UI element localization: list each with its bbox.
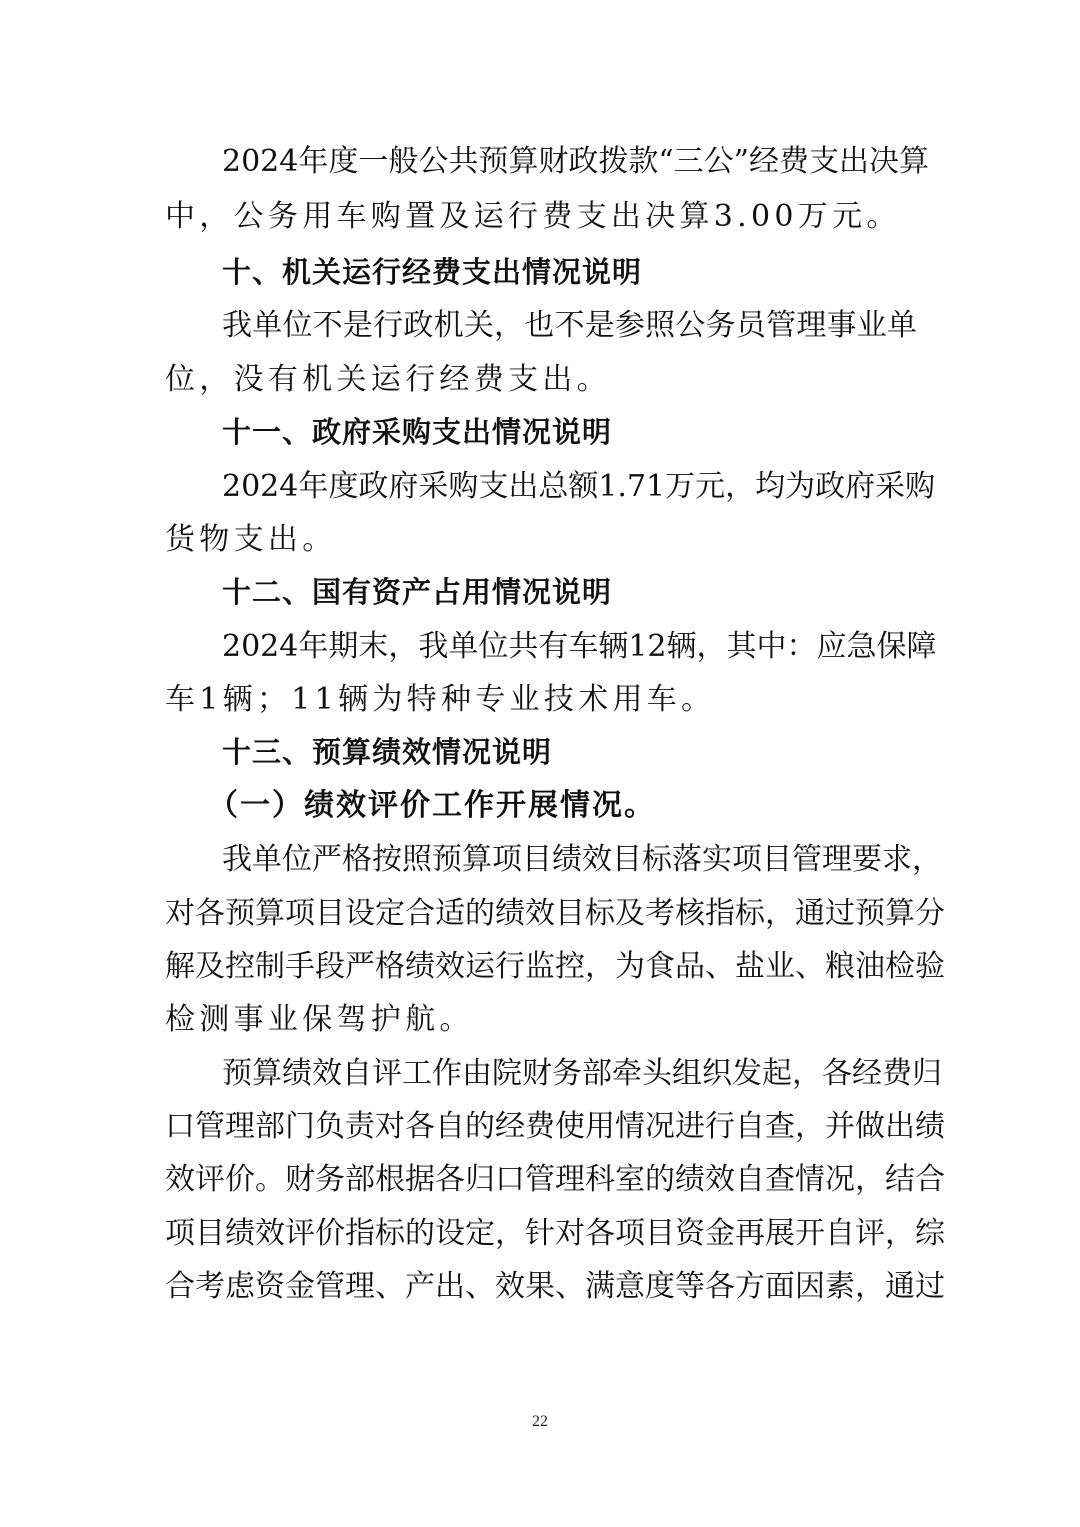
paragraph-line: 检测事业保驾护航。 [165, 1000, 917, 1040]
page-number: 22 [0, 1413, 1080, 1431]
paragraph-line: 货物支出。 [165, 520, 917, 560]
paragraph-line: 我单位严格按照预算项目绩效目标落实项目管理要求， [222, 840, 917, 880]
section-heading-10: 十、机关运行经费支出情况说明 [222, 252, 917, 292]
paragraph-line: 2024年度政府采购支出总额1.71万元，均为政府采购 [222, 467, 917, 507]
paragraph-line: 2024年期末，我单位共有车辆12辆，其中：应急保障 [222, 627, 917, 667]
paragraph-line: 2024年度一般公共预算财政拨款“三公”经费支出决算 [222, 142, 917, 182]
paragraph-line: 预算绩效自评工作由院财务部牵头组织发起，各经费归 [222, 1054, 917, 1094]
paragraph-line: 位，没有机关运行经费支出。 [165, 360, 917, 400]
section-heading-12: 十二、国有资产占用情况说明 [222, 572, 917, 612]
paragraph-line: 项目绩效评价指标的设定，针对各项目资金再展开自评，综 [165, 1214, 917, 1254]
paragraph-line: 我单位不是行政机关，也不是参照公务员管理事业单 [222, 306, 917, 346]
paragraph-line: 口管理部门负责对各自的经费使用情况进行自查，并做出绩 [165, 1107, 917, 1147]
paragraph-line: 车1辆；11辆为特种专业技术用车。 [165, 680, 917, 720]
section-heading-13: 十三、预算绩效情况说明 [222, 732, 917, 772]
paragraph-line: 效评价。财务部根据各归口管理科室的绩效自查情况，结合 [165, 1160, 917, 1200]
paragraph-line: 对各预算项目设定合适的绩效目标及考核指标，通过预算分 [165, 894, 917, 934]
section-heading-11: 十一、政府采购支出情况说明 [222, 412, 917, 452]
paragraph-line: 中，公务用车购置及运行费支出决算3.00万元。 [165, 197, 917, 237]
paragraph-line: 合考虑资金管理、产出、效果、满意度等各方面因素，通过 [165, 1267, 917, 1307]
document-page: 2024年度一般公共预算财政拨款“三公”经费支出决算 中，公务用车购置及运行费支… [0, 0, 1080, 1527]
subsection-heading: （一）绩效评价工作开展情况。 [208, 786, 960, 826]
paragraph-line: 解及控制手段严格绩效运行监控，为食品、盐业、粮油检验 [165, 947, 917, 987]
